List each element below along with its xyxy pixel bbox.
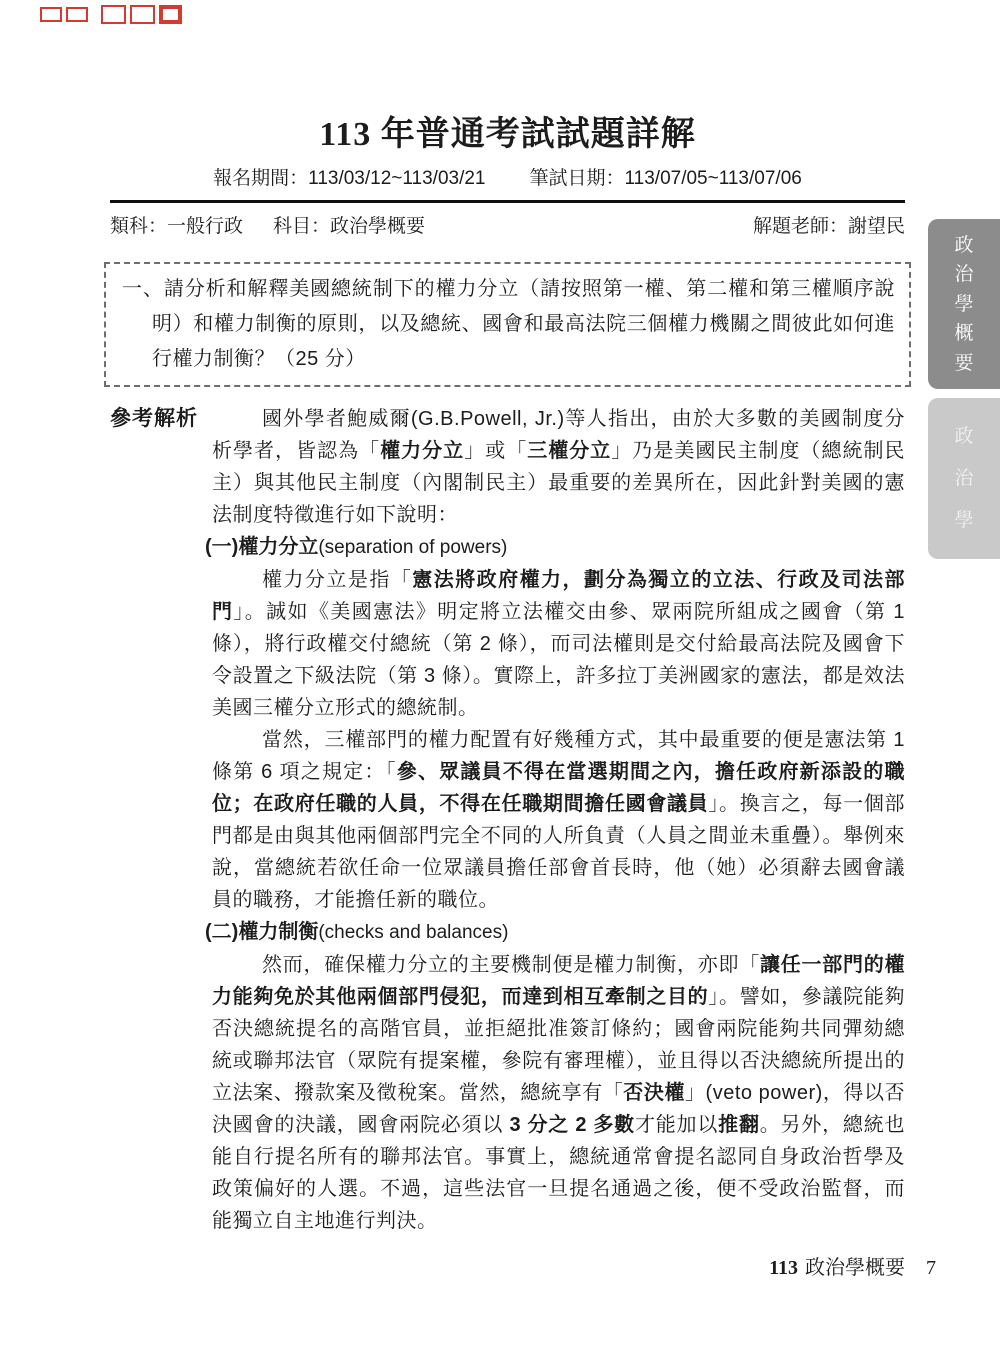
category-label: 類科：一般行政 (110, 214, 243, 240)
page-number: 7 (926, 1257, 936, 1280)
question-body: 請分析和解釋美國總統制下的權力分立（請按照第一權、第二權和第三權順序說明）和權力… (152, 278, 895, 370)
page-footer: 113 政治學概要 7 (769, 1251, 936, 1280)
meta-left: 類科：一般行政 科目：政治學概要 (110, 214, 425, 240)
meta-row: 類科：一般行政 科目：政治學概要 解題老師：謝望民 (110, 214, 905, 240)
footer-series: 政治學概要 (805, 1251, 905, 1280)
analysis-body: 國外學者鮑威爾(G.B.Powell, Jr.)等人指出，由於大多數的美國制度分… (212, 403, 905, 1237)
question-number: 一、 (122, 278, 164, 300)
analysis-section: 參考解析 國外學者鮑威爾(G.B.Powell, Jr.)等人指出，由於大多數的… (110, 403, 905, 1237)
analysis-paragraph: 當然，三權部門的權力配置有好幾種方式，其中最重要的便是憲法第 1 條第 6 項之… (212, 724, 905, 916)
registration-period: 報名期間：113/03/12~113/03/21 (213, 167, 485, 191)
analysis-label: 參考解析 (110, 403, 212, 1237)
exam-info-line: 報名期間：113/03/12~113/03/21 筆試日期：113/07/05~… (110, 167, 905, 191)
subject-label: 科目：政治學概要 (273, 214, 425, 240)
analysis-paragraph: 然而，確保權力分立的主要機制便是權力制衡，亦即「讓任一部門的權力能夠免於其他兩個… (212, 949, 905, 1237)
side-tab-subject-inactive: 政治學 (928, 398, 1000, 559)
side-tab-subject-active: 政治學概要 (928, 219, 1000, 389)
page-content: 113 年普通考試試題詳解 報名期間：113/03/12~113/03/21 筆… (110, 0, 905, 1237)
page-title: 113 年普通考試試題詳解 (110, 116, 905, 154)
header-divider (110, 200, 905, 203)
section-heading: (二)權力制衡(checks and balances) (205, 916, 905, 949)
question-box: 一、請分析和解釋美國總統制下的權力分立（請按照第一權、第二權和第三權順序說明）和… (104, 262, 911, 387)
teacher-label: 解題老師：謝望民 (753, 214, 905, 240)
question-text: 一、請分析和解釋美國總統制下的權力分立（請按照第一權、第二權和第三權順序說明）和… (122, 272, 895, 377)
analysis-paragraph: 國外學者鮑威爾(G.B.Powell, Jr.)等人指出，由於大多數的美國制度分… (212, 403, 905, 531)
footer-year: 113 (769, 1257, 798, 1280)
written-exam-date: 筆試日期：113/07/05~113/07/06 (530, 167, 802, 191)
exam-solution-page: 113 年普通考試試題詳解 報名期間：113/03/12~113/03/21 筆… (0, 0, 1000, 1353)
section-heading: (一)權力分立(separation of powers) (205, 531, 905, 564)
analysis-paragraph: 權力分立是指「憲法將政府權力，劃分為獨立的立法、行政及司法部門」。誠如《美國憲法… (212, 564, 905, 724)
